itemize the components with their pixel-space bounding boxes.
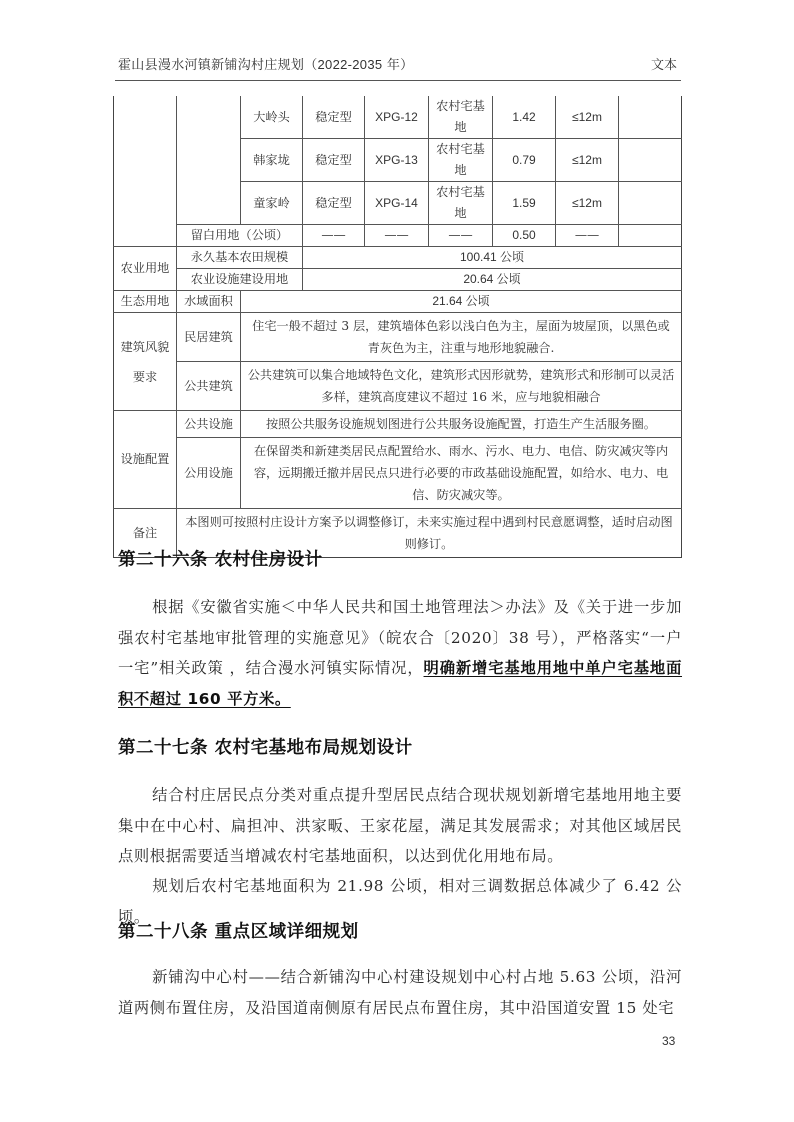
area-value: 0.79 [493,139,556,182]
settlement-code: XPG-12 [365,96,429,139]
table-row-eco: 生态用地 水域面积 21.64 公顷 [114,291,682,313]
title-years: 2022-2035 [318,57,383,72]
planning-control-table: 大岭头 稳定型 XPG-12 农村宅基地 1.42 ≤12m 韩家垅 稳定型 X… [113,96,682,558]
table-row-style: 建筑风貌要求 民居建筑 住宅一般不超过 3 层，建筑墙体色彩以浅白色为主，屋面为… [114,313,682,362]
table-row-style: 公共建筑 公共建筑可以集合地域特色文化，建筑形式因形就势，建筑形式和形制可以灵活… [114,362,682,411]
style-value: 住宅一般不超过 3 层，建筑墙体色彩以浅白色为主，屋面为坡屋顶，以黑色或青灰色为… [241,313,682,362]
reserved-dash: —— [365,225,429,247]
category-cell-continued [114,96,177,247]
facility-label: 公用设施 [177,438,241,509]
reserved-land-label: 留白用地（公顷） [177,225,303,247]
title-prefix: 霍山县漫水河镇新铺沟村庄规划（ [118,58,318,73]
section-26-paragraph: 根据《安徽省实施＜中华人民共和国土地管理法＞办法》及《关于进一步加强农村宅基地审… [118,592,682,714]
facility-value: 按照公共服务设施规划图进行公共服务设施配置，打造生产生活服务圈。 [241,411,682,438]
section-27-paragraph-1: 结合村庄居民点分类对重点提升型居民点结合现状规划新增宅基地用地主要集中在中心村、… [118,780,682,872]
header-divider [115,80,681,81]
paragraph-text: 新铺沟中心村——结合新铺沟中心村建设规划中心村占地 5.63 公顷，沿河道两侧布… [118,968,682,1017]
settlement-type: 稳定型 [303,96,365,139]
land-use: 农村宅基地 [429,139,493,182]
eco-value: 21.64 公顷 [241,291,682,313]
settlement-type: 稳定型 [303,139,365,182]
page-number: 33 [662,1034,675,1048]
title-suffix: 年） [382,58,413,73]
agri-value: 100.41 公顷 [303,247,682,269]
settlement-code: XPG-13 [365,139,429,182]
document-title: 霍山县漫水河镇新铺沟村庄规划（2022-2035 年） [118,54,413,73]
area-value: 1.59 [493,182,556,225]
land-use: 农村宅基地 [429,96,493,139]
category-facilities: 设施配置 [114,411,177,509]
page-header: 霍山县漫水河镇新铺沟村庄规划（2022-2035 年） 文本 [115,52,681,74]
settlement-name: 韩家垅 [241,139,303,182]
subcategory-cell-continued [177,96,241,225]
style-label: 公共建筑 [177,362,241,411]
paragraph-text: 结合村庄居民点分类对重点提升型居民点结合现状规划新增宅基地用地主要集中在中心村、… [118,786,682,865]
category-style-line2: 要求 [133,370,157,384]
agri-label: 永久基本农田规模 [177,247,303,269]
section-heading-26: 第二十六条 农村住房设计 [118,546,323,571]
agri-label: 农业设施建设用地 [177,269,303,291]
section-28-paragraph: 新铺沟中心村——结合新铺沟中心村建设规划中心村占地 5.63 公顷，沿河道两侧布… [118,962,682,1023]
facility-label: 公共设施 [177,411,241,438]
reserved-height: —— [556,225,619,247]
area-value: 1.42 [493,96,556,139]
settlement-name: 大岭头 [241,96,303,139]
reserved-area: 0.50 [493,225,556,247]
note-cell [619,139,682,182]
reserved-dash: —— [429,225,493,247]
agri-value: 20.64 公顷 [303,269,682,291]
note-cell [619,225,682,247]
reserved-dash: —— [303,225,365,247]
category-agri: 农业用地 [114,247,177,291]
category-eco: 生态用地 [114,291,177,313]
table-row: 大岭头 稳定型 XPG-12 农村宅基地 1.42 ≤12m [114,96,682,139]
height-limit: ≤12m [556,96,619,139]
settlement-name: 童家岭 [241,182,303,225]
height-limit: ≤12m [556,139,619,182]
style-value: 公共建筑可以集合地域特色文化，建筑形式因形就势，建筑形式和形制可以灵活多样，建筑… [241,362,682,411]
category-style-line1: 建筑风貌 [121,340,170,354]
settlement-code: XPG-14 [365,182,429,225]
note-cell [619,182,682,225]
section-heading-28: 第二十八条 重点区域详细规划 [118,918,359,943]
height-limit: ≤12m [556,182,619,225]
section-heading-27: 第二十七条 农村宅基地布局规划设计 [118,734,413,759]
table-row-facilities: 设施配置 公共设施 按照公共服务设施规划图进行公共服务设施配置，打造生产生活服务… [114,411,682,438]
document-type: 文本 [651,54,677,73]
table-row-agri: 农业用地 永久基本农田规模 100.41 公顷 [114,247,682,269]
category-style: 建筑风貌要求 [114,313,177,411]
table-row-facilities: 公用设施 在保留类和新建类居民点配置给水、雨水、污水、电力、电信、防灾减灾等内容… [114,438,682,509]
table-row-reserved-land: 留白用地（公顷） —— —— —— 0.50 —— [114,225,682,247]
land-use: 农村宅基地 [429,182,493,225]
table-row-agri: 农业设施建设用地 20.64 公顷 [114,269,682,291]
note-cell [619,96,682,139]
settlement-type: 稳定型 [303,182,365,225]
facility-value: 在保留类和新建类居民点配置给水、雨水、污水、电力、电信、防灾减灾等内容，远期搬迁… [241,438,682,509]
eco-label: 水域面积 [177,291,241,313]
style-label: 民居建筑 [177,313,241,362]
